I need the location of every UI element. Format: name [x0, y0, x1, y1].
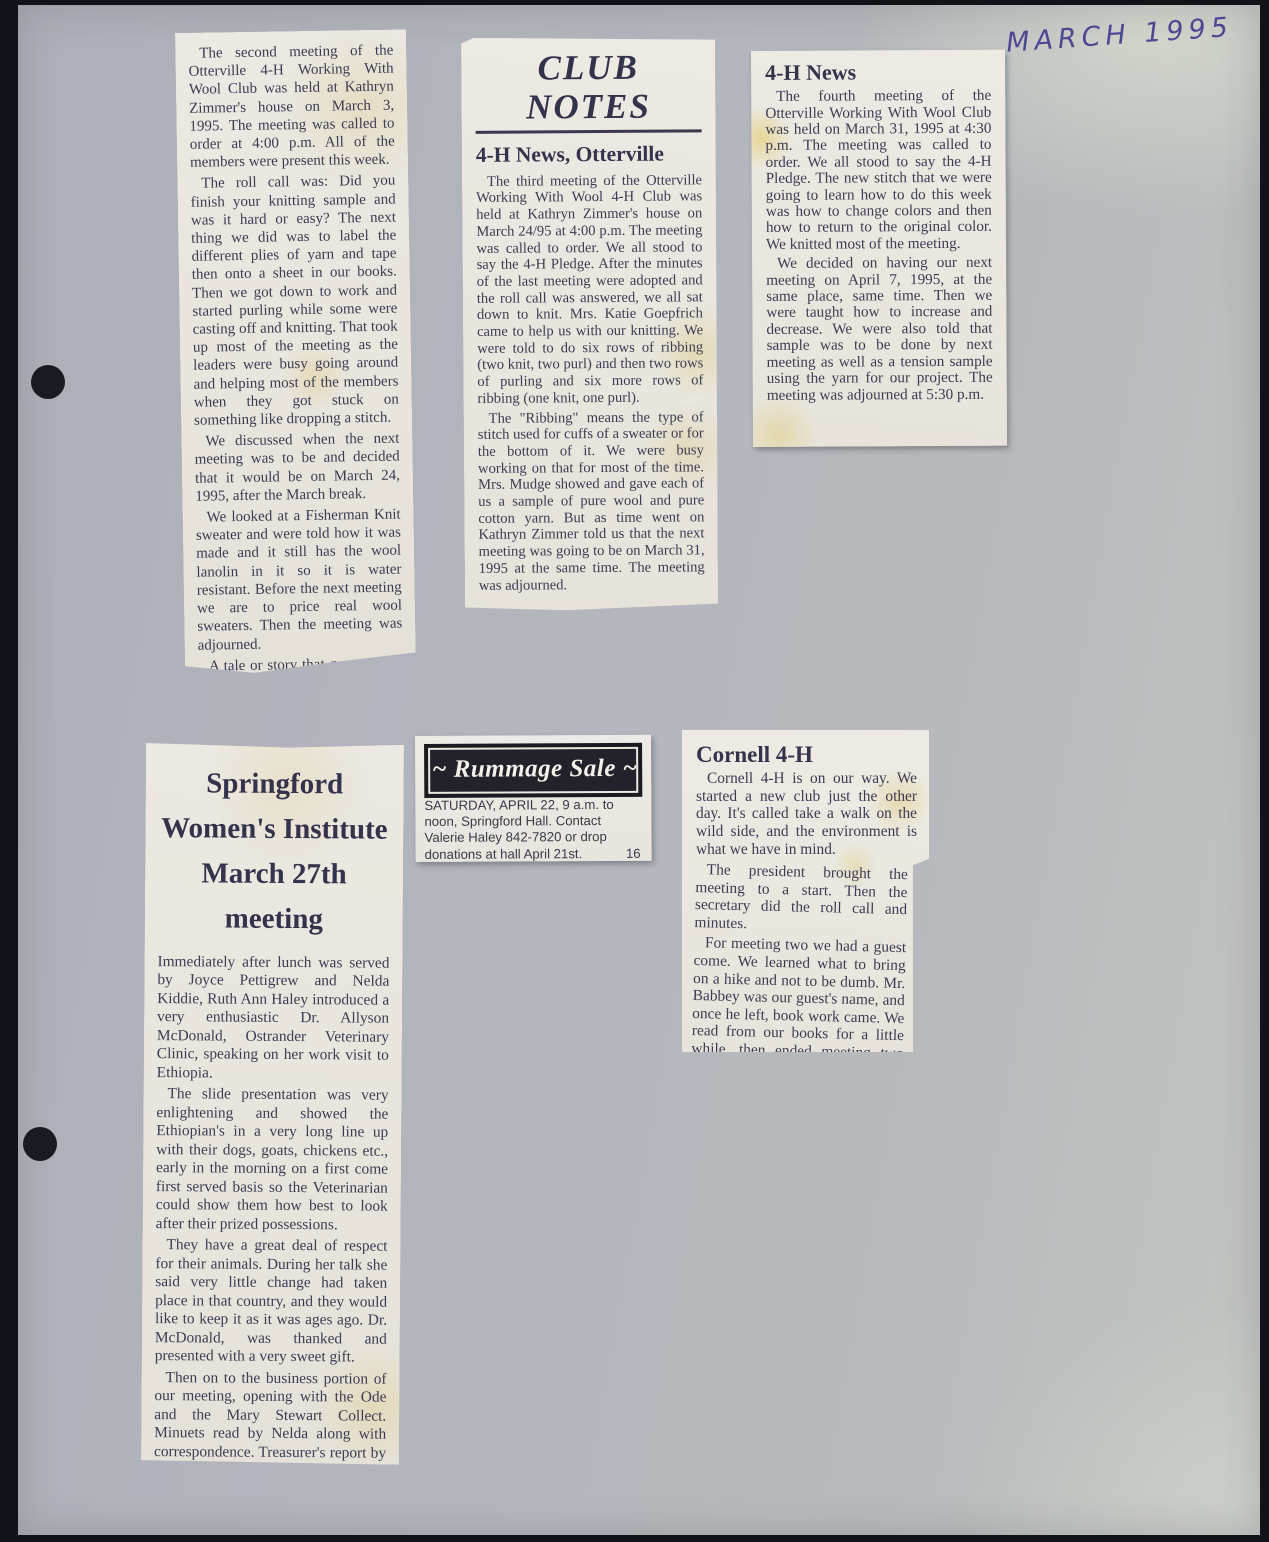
cornell-headline: Cornell 4-H: [696, 742, 917, 767]
fourth-meeting-headline: 4-H News: [765, 60, 991, 85]
article-paragraph: The president brought the meeting to a s…: [694, 861, 908, 937]
springford-headline: Springford Women's Institute March 27th …: [158, 761, 391, 942]
rummage-page-number: 16: [626, 845, 641, 861]
article-paragraph: Then on to the business portion of our m…: [153, 1369, 386, 1537]
clipping-rummage-sale: ~ Rummage Sale ~ SATURDAY, APRIL 22, 9 a…: [415, 735, 652, 862]
clipping-cornell-4h: Cornell 4-H Cornell 4-H is on our way. W…: [682, 730, 929, 1052]
article-paragraph: For meeting two we had a guest come. We …: [691, 935, 907, 1081]
cornell-lower-fragment: The president brought the meeting to a s…: [691, 861, 908, 1080]
punch-hole-bottom: [23, 1127, 57, 1161]
rummage-sale-banner-text: ~ Rummage Sale ~: [430, 749, 636, 792]
masthead-rule: [476, 129, 702, 134]
article-paragraph: Immediately after lunch was served by Jo…: [157, 953, 390, 1084]
article-paragraph: The "Ribbing" means the type of stitch u…: [478, 409, 705, 594]
handwritten-date: MARCH 1995: [1005, 10, 1257, 58]
rummage-sale-body-text: SATURDAY, APRIL 22, 9 a.m. to noon, Spri…: [424, 797, 613, 862]
article-paragraph: The roll call was: Did you finish your k…: [190, 172, 399, 430]
club-notes-headline: 4-H News, Otterville: [476, 141, 702, 167]
clipping-club-notes: CLUB NOTES 4-H News, Otterville The thir…: [461, 36, 719, 611]
clipping-otterville-second-meeting: The second meeting of the Otterville 4-H…: [175, 29, 416, 674]
clipping-fourth-meeting: 4-H News The fourth meeting of the Otter…: [751, 50, 1007, 447]
rummage-sale-details: SATURDAY, APRIL 22, 9 a.m. to noon, Spri…: [424, 797, 642, 863]
clipping-springford-wi: Springford Women's Institute March 27th …: [141, 743, 404, 1465]
punch-hole-top: [31, 365, 65, 399]
article-paragraph: We decided on having our next meeting on…: [766, 255, 993, 404]
article-paragraph: They have a great deal of respect for th…: [155, 1236, 388, 1367]
club-notes-masthead: CLUB NOTES: [475, 48, 702, 127]
article-paragraph: The fourth meeting of the Otterville Wor…: [765, 88, 992, 253]
article-paragraph: Cornell 4-H is on our way. We started a …: [696, 770, 917, 858]
rummage-sale-banner: ~ Rummage Sale ~: [424, 743, 642, 798]
article-paragraph: The second meeting of the Otterville 4-H…: [188, 42, 395, 173]
article-paragraph: The third meeting of the Otterville Work…: [476, 172, 704, 407]
article-paragraph: We looked at a Fisherman Knit sweater an…: [195, 506, 402, 655]
article-paragraph: The slide presentation was very enlighte…: [156, 1085, 389, 1235]
article-paragraph: We discussed when the next meeting was t…: [194, 430, 400, 506]
article-paragraph: A tale or story that goes on and on is a…: [198, 654, 404, 694]
scrapbook-page: MARCH 1995 The second meeting of the Ott…: [18, 5, 1260, 1535]
